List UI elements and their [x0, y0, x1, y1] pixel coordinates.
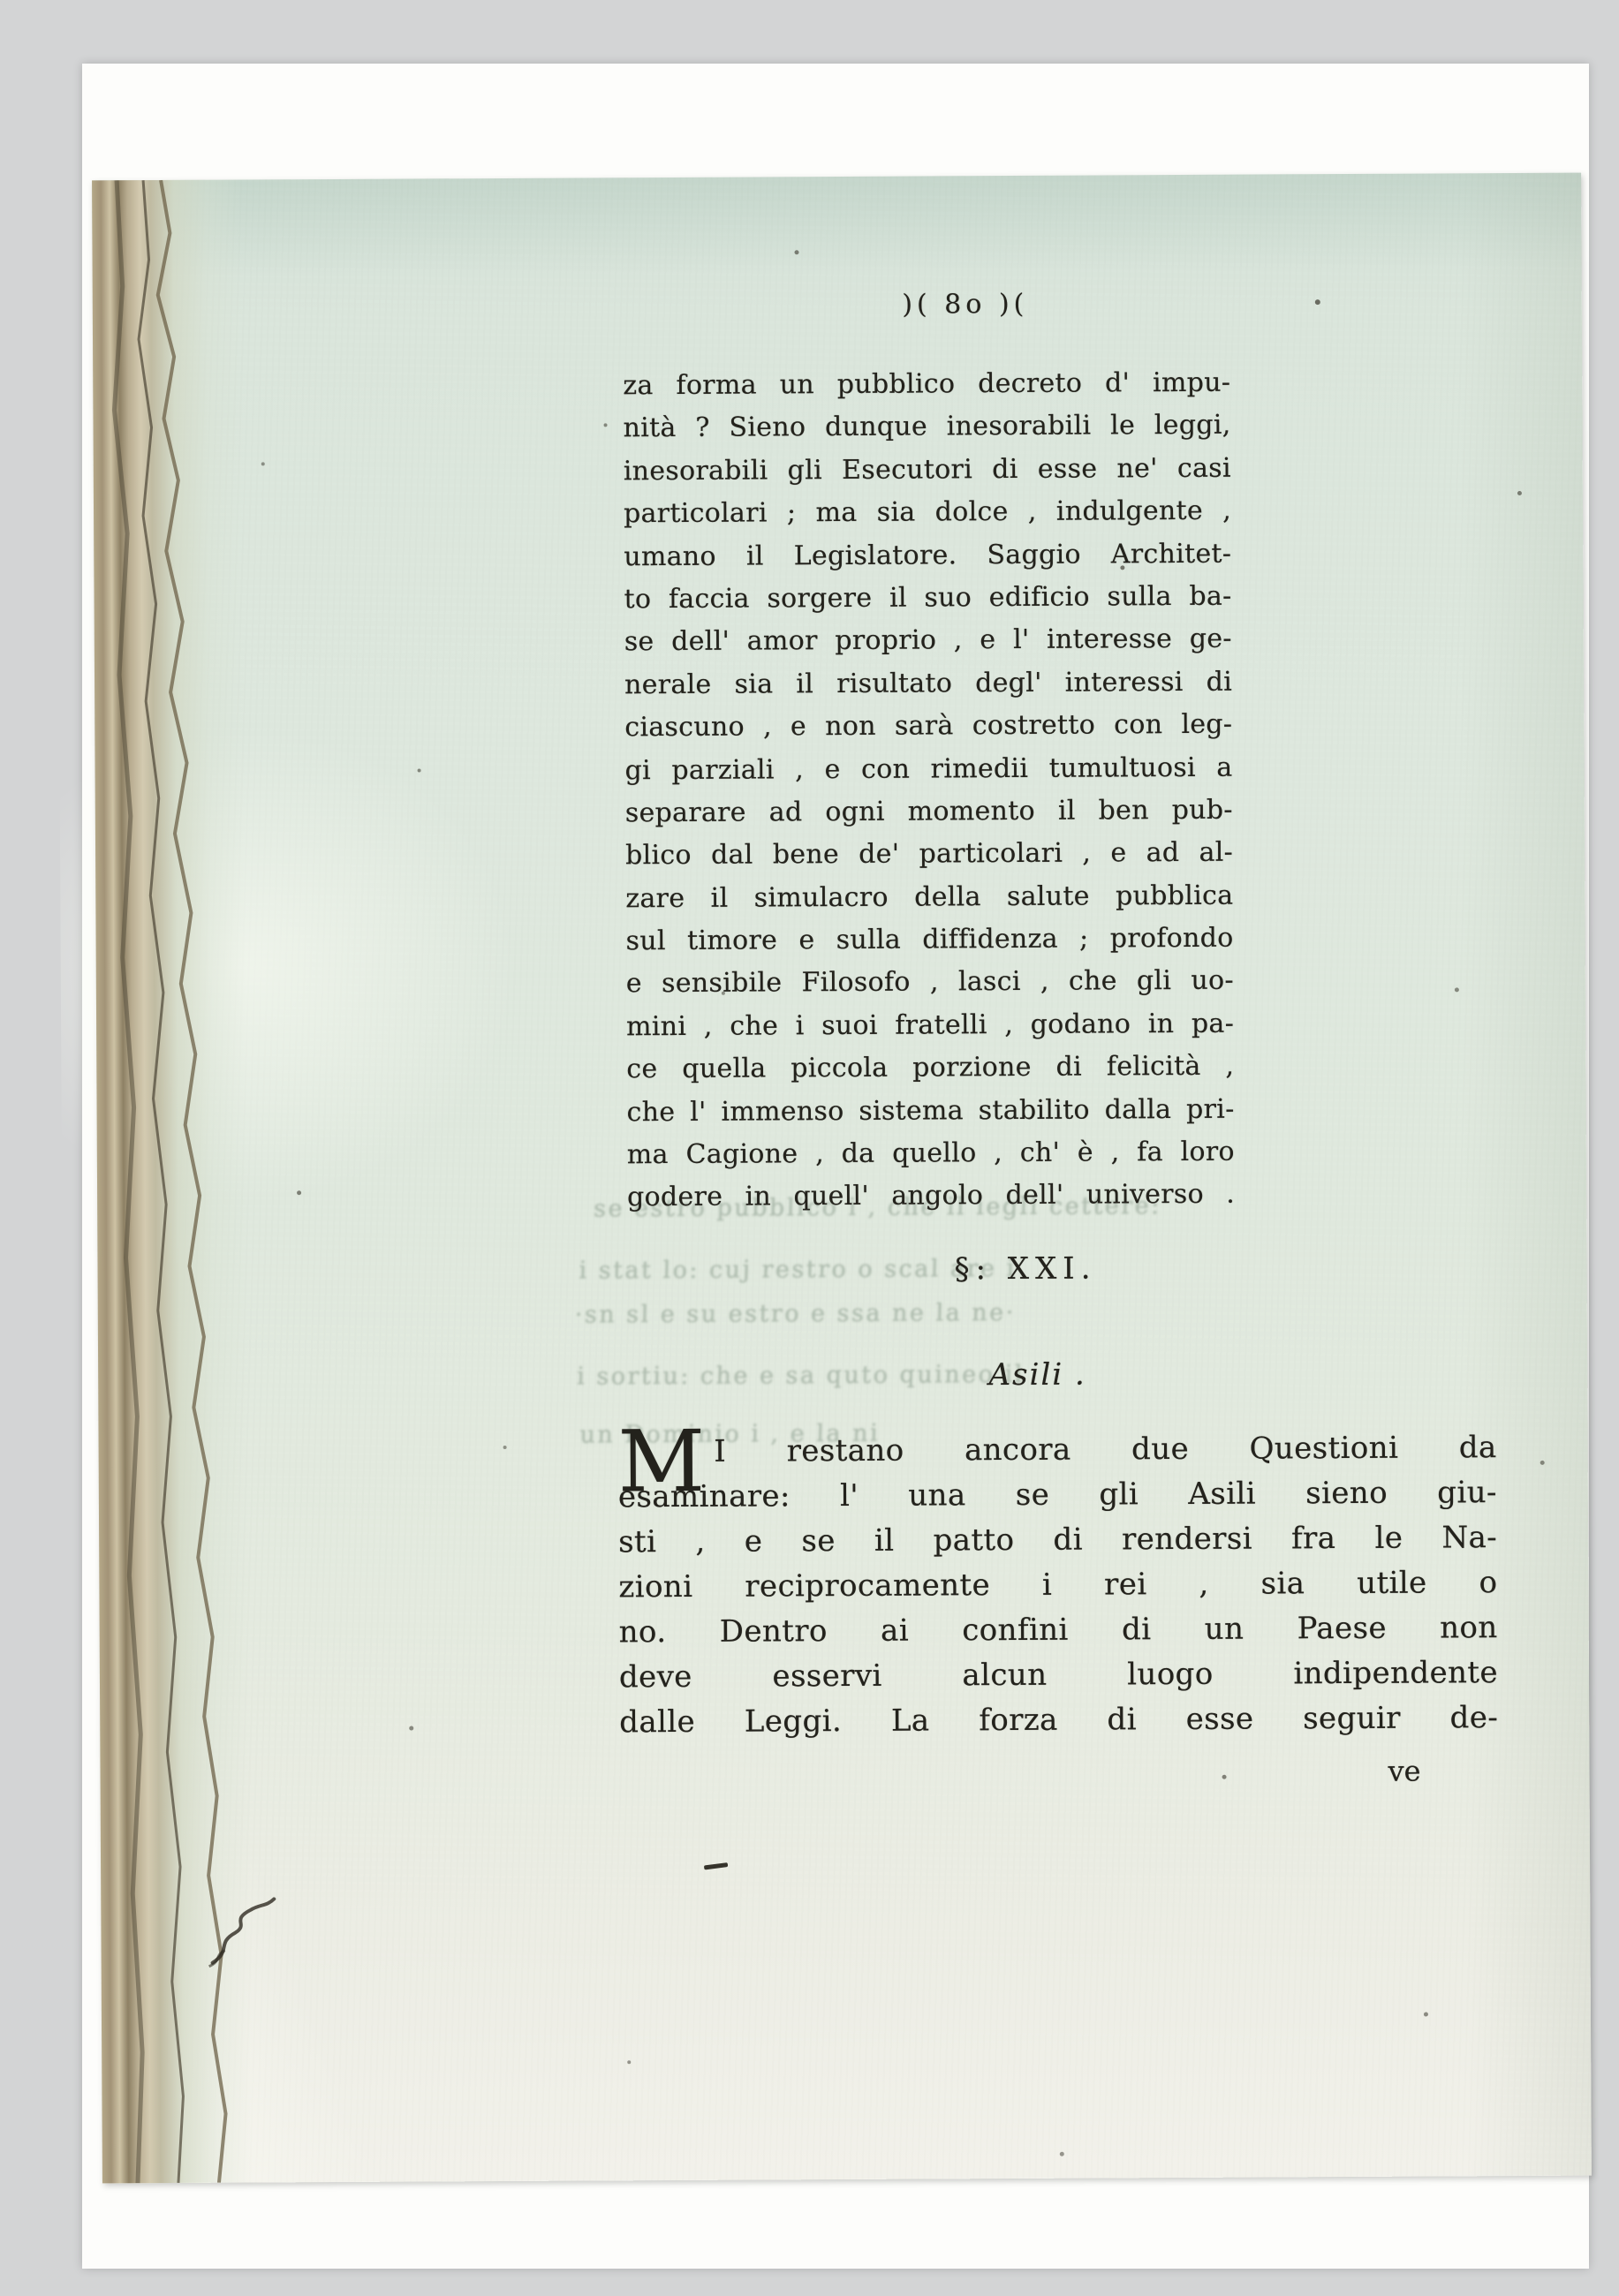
text-line-continuation: I restano ancora due Questioni da: [714, 1425, 1497, 1475]
text-line: sti , e se il patto di rendersi fra le N…: [618, 1515, 1497, 1565]
text-line: za forma un pubblico decreto d' impu-: [623, 362, 1230, 408]
section-title: Asili .: [598, 1355, 1477, 1394]
text-line: zioni reciprocamente i rei , sia utile o: [618, 1560, 1497, 1610]
binding-threads-icon: [92, 179, 270, 2183]
text-line: gi parziali , e con rimedii tumultuosi a: [624, 746, 1232, 792]
dust-speck: [604, 423, 608, 427]
dust-speck: [1517, 491, 1522, 495]
page-number-header: )( 8o )(: [662, 287, 1269, 321]
paragraph-continuation: za forma un pubblico decreto d' impu- ni…: [623, 362, 1235, 1220]
text-line: deve esservi alcun luogo indipendente: [619, 1650, 1498, 1700]
dust-speck: [1222, 1775, 1227, 1779]
text-line: zare il simulacro della salute pubblica: [625, 874, 1233, 920]
text-line: inesorabili gli Esecutori di esse ne' ca…: [624, 447, 1231, 493]
section-paragraph: M I restano ancora due Questioni da esam…: [617, 1425, 1498, 1745]
text-line: che l' immenso sistema stabilito dalla p…: [626, 1088, 1234, 1134]
dust-speck: [261, 462, 265, 465]
scanned-book-page: se estro pubblico i , che il iegli cette…: [0, 0, 1619, 2296]
text-line: ma Cagione , da quello , ch' è , fa loro: [627, 1131, 1235, 1177]
text-line: nerale sia il risultato degl' interessi …: [624, 661, 1232, 706]
section-number-heading: §: XXI.: [586, 1249, 1464, 1288]
text-line: M I restano ancora due Questioni da: [617, 1425, 1496, 1475]
ink-squiggle: [205, 1897, 284, 1971]
text-line: mini , che i suoi fratelli , godano in p…: [626, 1003, 1234, 1049]
dust-speck: [627, 2060, 631, 2064]
catchword: ve: [619, 1754, 1498, 1792]
dust-speck: [297, 1190, 301, 1195]
text-line: ciascuno , e non sarà costretto con leg-: [624, 704, 1232, 750]
dust-speck: [1120, 565, 1124, 570]
book-page: se estro pubblico i , che il iegli cette…: [92, 173, 1592, 2184]
text-line: godere in quell' angolo dell' universo .: [627, 1174, 1235, 1220]
dust-speck: [418, 768, 421, 772]
text-line: separare ad ogni momento il ben pub-: [625, 789, 1233, 835]
dust-speck: [1060, 2152, 1064, 2156]
bleedthrough-text: ·sn sl e su estro e ssa ne la ne·: [574, 1299, 1016, 1329]
text-line: e sensibile Filosofo , lasci , che gli u…: [626, 960, 1234, 1006]
text-line: blico dal bene de' particolari , e ad al…: [625, 832, 1233, 878]
dust-speck: [1455, 987, 1459, 992]
text-line: dalle Leggi. La forza di esse seguir de-: [619, 1696, 1498, 1745]
dust-speck: [722, 992, 725, 995]
dust-speck: [794, 250, 798, 254]
binding-edge: [92, 179, 270, 2183]
text-line: no. Dentro ai confini di un Paese non: [619, 1605, 1498, 1655]
dust-speck: [1424, 2013, 1428, 2017]
dust-speck: [1540, 1461, 1545, 1465]
text-line: se dell' amor proprio , e l' interesse g…: [624, 618, 1232, 664]
text-line: umano il Legislatore. Saggio Architet-: [624, 532, 1231, 578]
dust-speck: [409, 1726, 413, 1731]
text-line: to faccia sorgere il suo edificio sulla …: [624, 576, 1231, 622]
text-line: ce quella piccola porzione di felicità ,: [626, 1046, 1234, 1091]
text-line: nità ? Sieno dunque inesorabili le leggi…: [623, 404, 1230, 450]
text-line: sul timore e sulla diffidenza ; profondo: [625, 918, 1233, 963]
text-line: particolari ; ma sia dolce , indulgente …: [624, 490, 1231, 536]
dropcap-letter: M: [618, 1431, 706, 1493]
dust-speck: [503, 1446, 507, 1449]
dust-speck: [1315, 299, 1320, 305]
text-line: esaminare: l' una se gli Asili sieno giu…: [618, 1470, 1497, 1520]
